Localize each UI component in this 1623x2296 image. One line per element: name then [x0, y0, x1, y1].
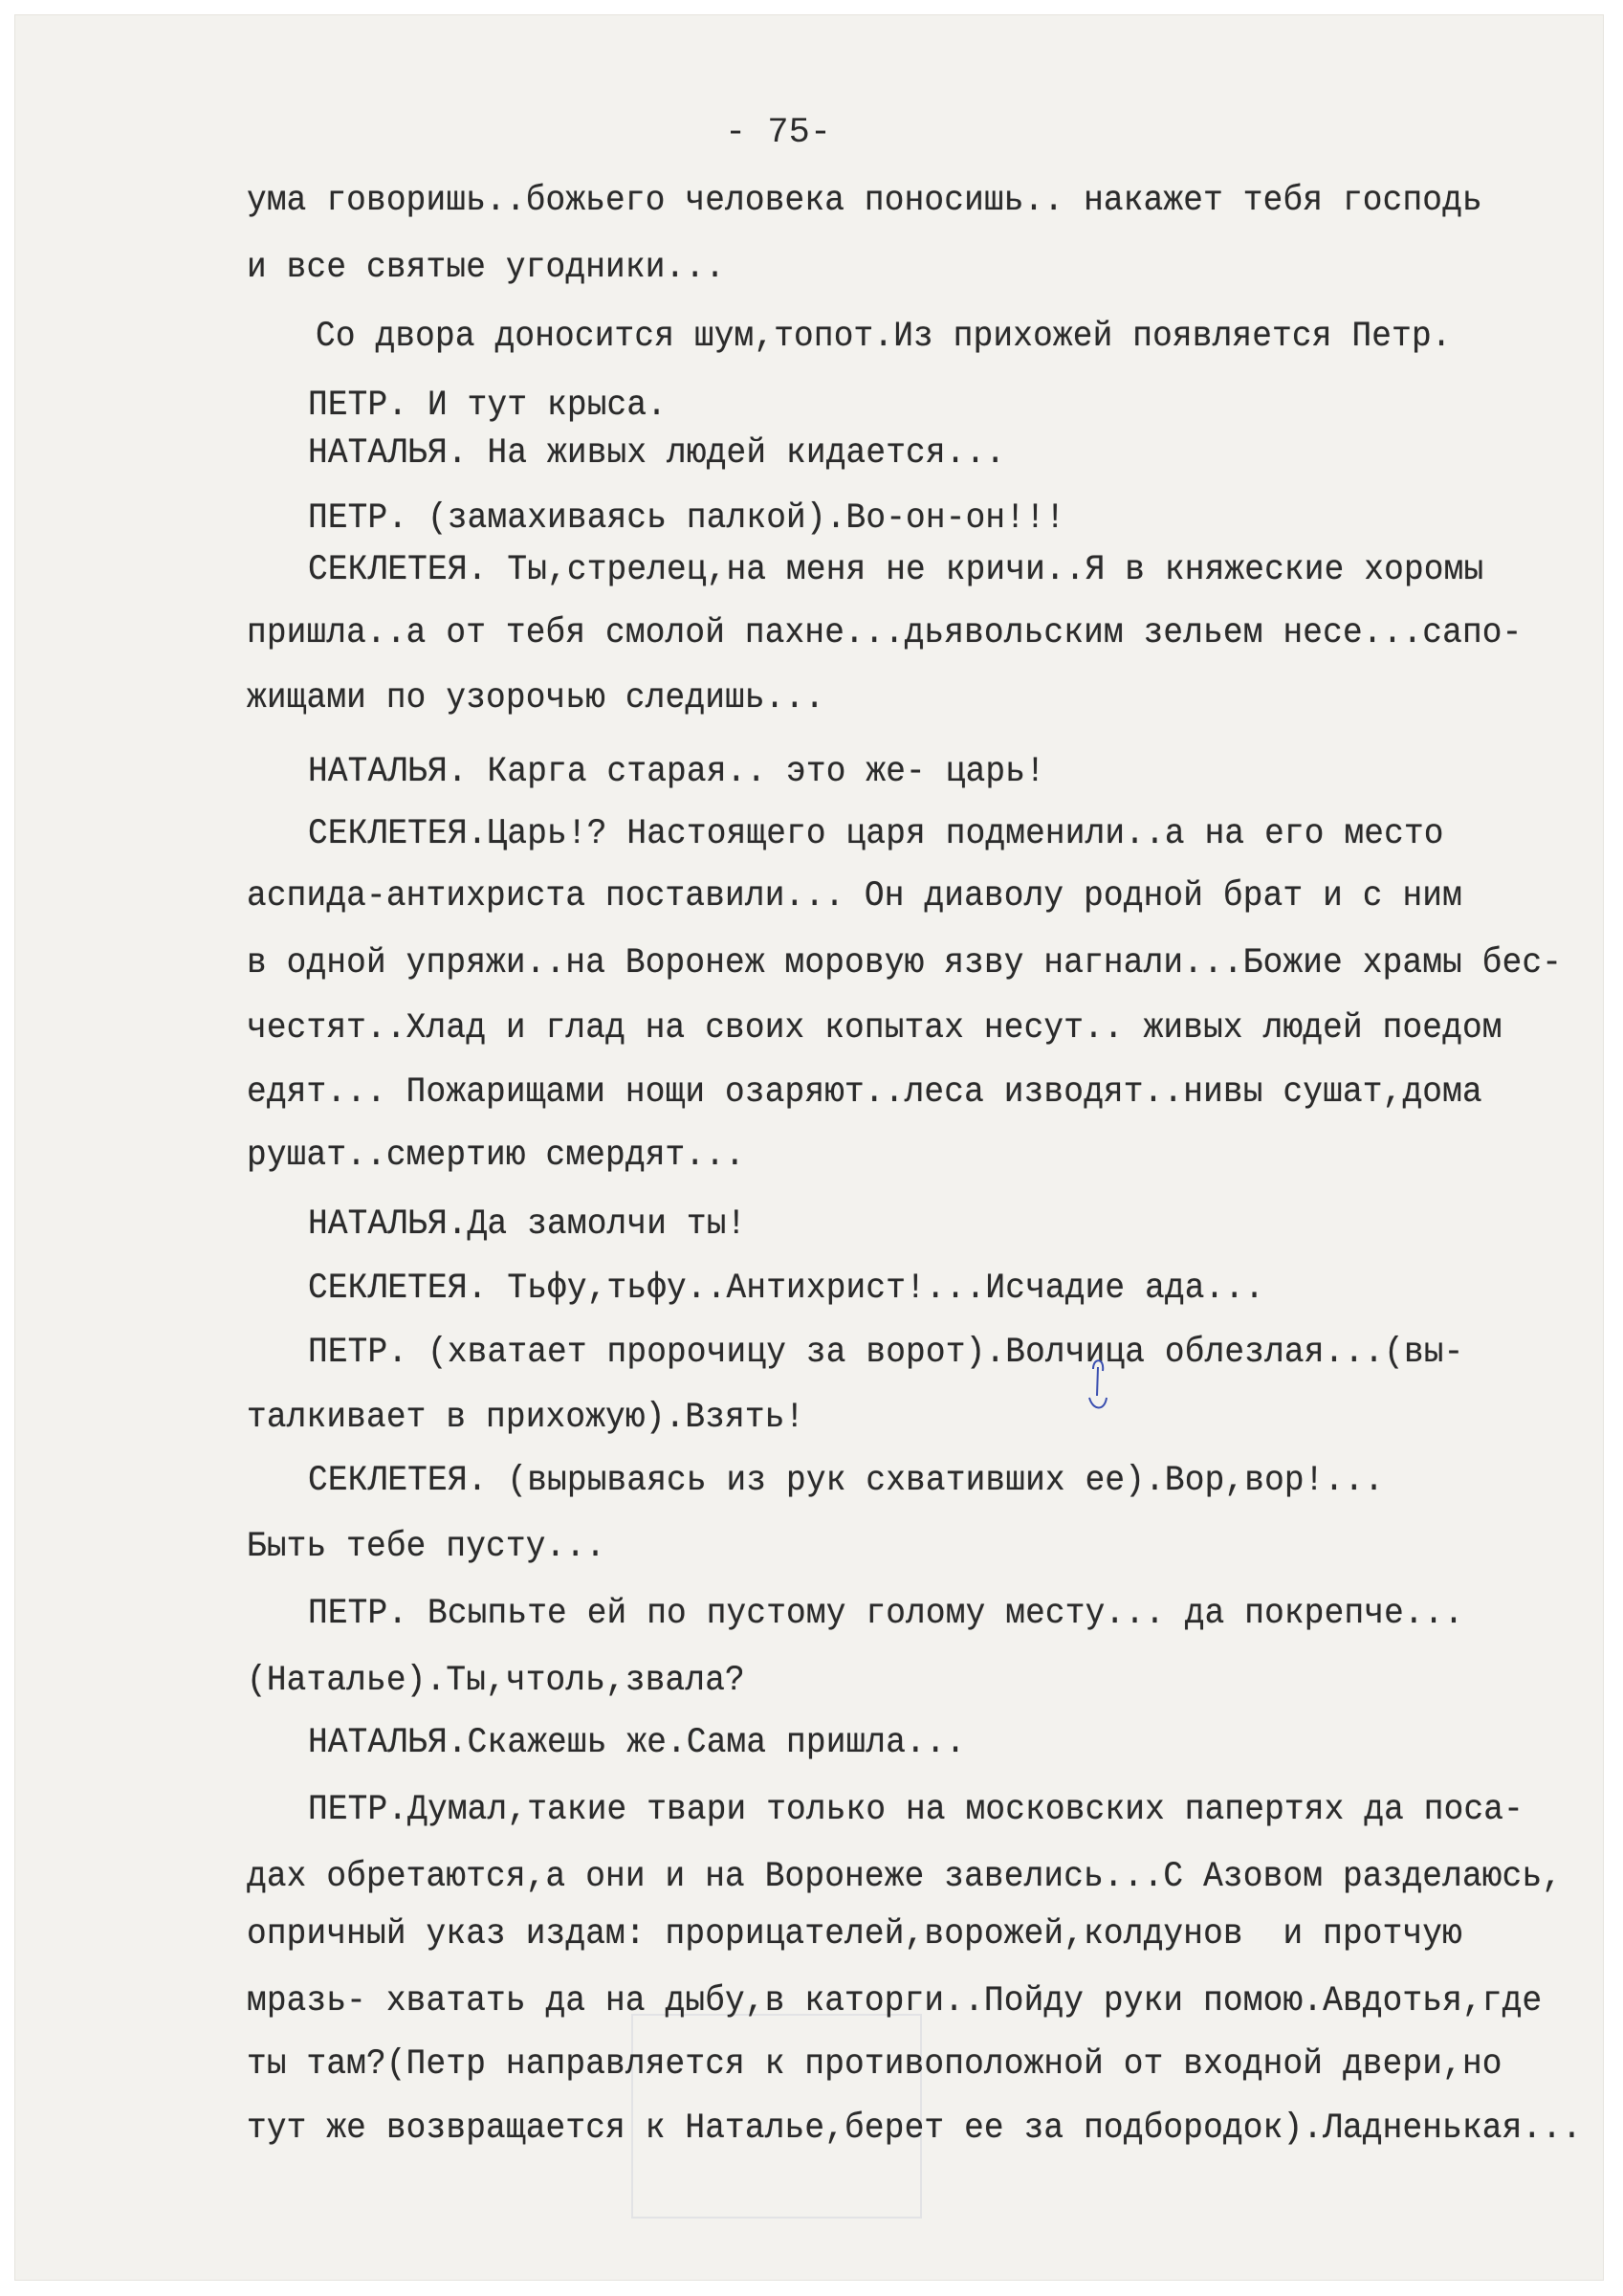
text-line: рушат..смертию смердят... [247, 1135, 745, 1177]
text-line: мразь- хватать да на дыбу,в каторги..Пой… [247, 1980, 1542, 2022]
dialogue-line: СЕКЛЕТЕЯ.Царь!? Настоящего царя подменил… [308, 813, 1444, 855]
pen-correction-mark [1086, 1356, 1110, 1413]
text-line: пришла..а от тебя смолой пахне...дьяволь… [247, 612, 1522, 654]
text-line: аспида-антихриста поставили... Он диавол… [247, 875, 1462, 917]
text-line: тут же возвращается к Наталье,берет ее з… [247, 2108, 1582, 2150]
dialogue-line: НАТАЛЬЯ. Карга старая.. это же- царь! [308, 751, 1045, 793]
text-line: ума говоришь..божьего человека поносишь.… [247, 180, 1482, 222]
dialogue-line: НАТАЛЬЯ.Да замолчи ты! [308, 1203, 746, 1246]
dialogue-line: СЕКЛЕТЕЯ. (вырываясь из рук схвативших е… [308, 1460, 1384, 1502]
text-line: ты там?(Петр направляется к противополож… [247, 2043, 1502, 2086]
text-line: в одной упряжи..на Воронеж моровую язву … [247, 942, 1562, 984]
text-line: талкивает в прихожую).Взять! [247, 1397, 804, 1439]
text-line: опричный указ издам: прорицателей,вороже… [247, 1913, 1462, 1955]
text-line: едят... Пожарищами нощи озаряют..леса из… [247, 1071, 1482, 1114]
dialogue-line: НАТАЛЬЯ. На живых людей кидается... [308, 432, 1005, 475]
dialogue-line: СЕКЛЕТЕЯ. Ты,стрелец,на меня не кричи..Я… [308, 549, 1483, 591]
text-line: (Наталье).Ты,чтоль,звала? [247, 1660, 745, 1702]
dialogue-line: ПЕТР. (замахиваясь палкой).Во-он-он!!! [308, 497, 1065, 540]
dialogue-line: ПЕТР.Думал,такие твари только на московс… [308, 1789, 1524, 1831]
text-line: честят..Хлад и глад на своих копытах нес… [247, 1007, 1502, 1049]
text-line: Быть тебе пусту... [247, 1526, 605, 1568]
dialogue-line: НАТАЛЬЯ.Скажешь же.Сама пришла... [308, 1722, 966, 1764]
text-line: жищами по узорочью следишь... [247, 677, 824, 719]
text-line: дах обретаются,а они и на Воронеже завел… [247, 1856, 1562, 1898]
text-line: и все святые угодники... [247, 247, 725, 289]
dialogue-line: ПЕТР. (хватает пророчицу за ворот).Волчи… [308, 1332, 1463, 1374]
page-number: - 75- [725, 113, 831, 153]
dialogue-line: ПЕТР. И тут крыса. [308, 385, 667, 427]
stage-direction: Со двора доносится шум,топот.Из прихожей… [316, 316, 1452, 358]
dialogue-line: СЕКЛЕТЕЯ. Тьфу,тьфу..Антихрист!...Исчади… [308, 1268, 1264, 1310]
dialogue-line: ПЕТР. Всыпьте ей по пустому голому месту… [308, 1593, 1463, 1635]
